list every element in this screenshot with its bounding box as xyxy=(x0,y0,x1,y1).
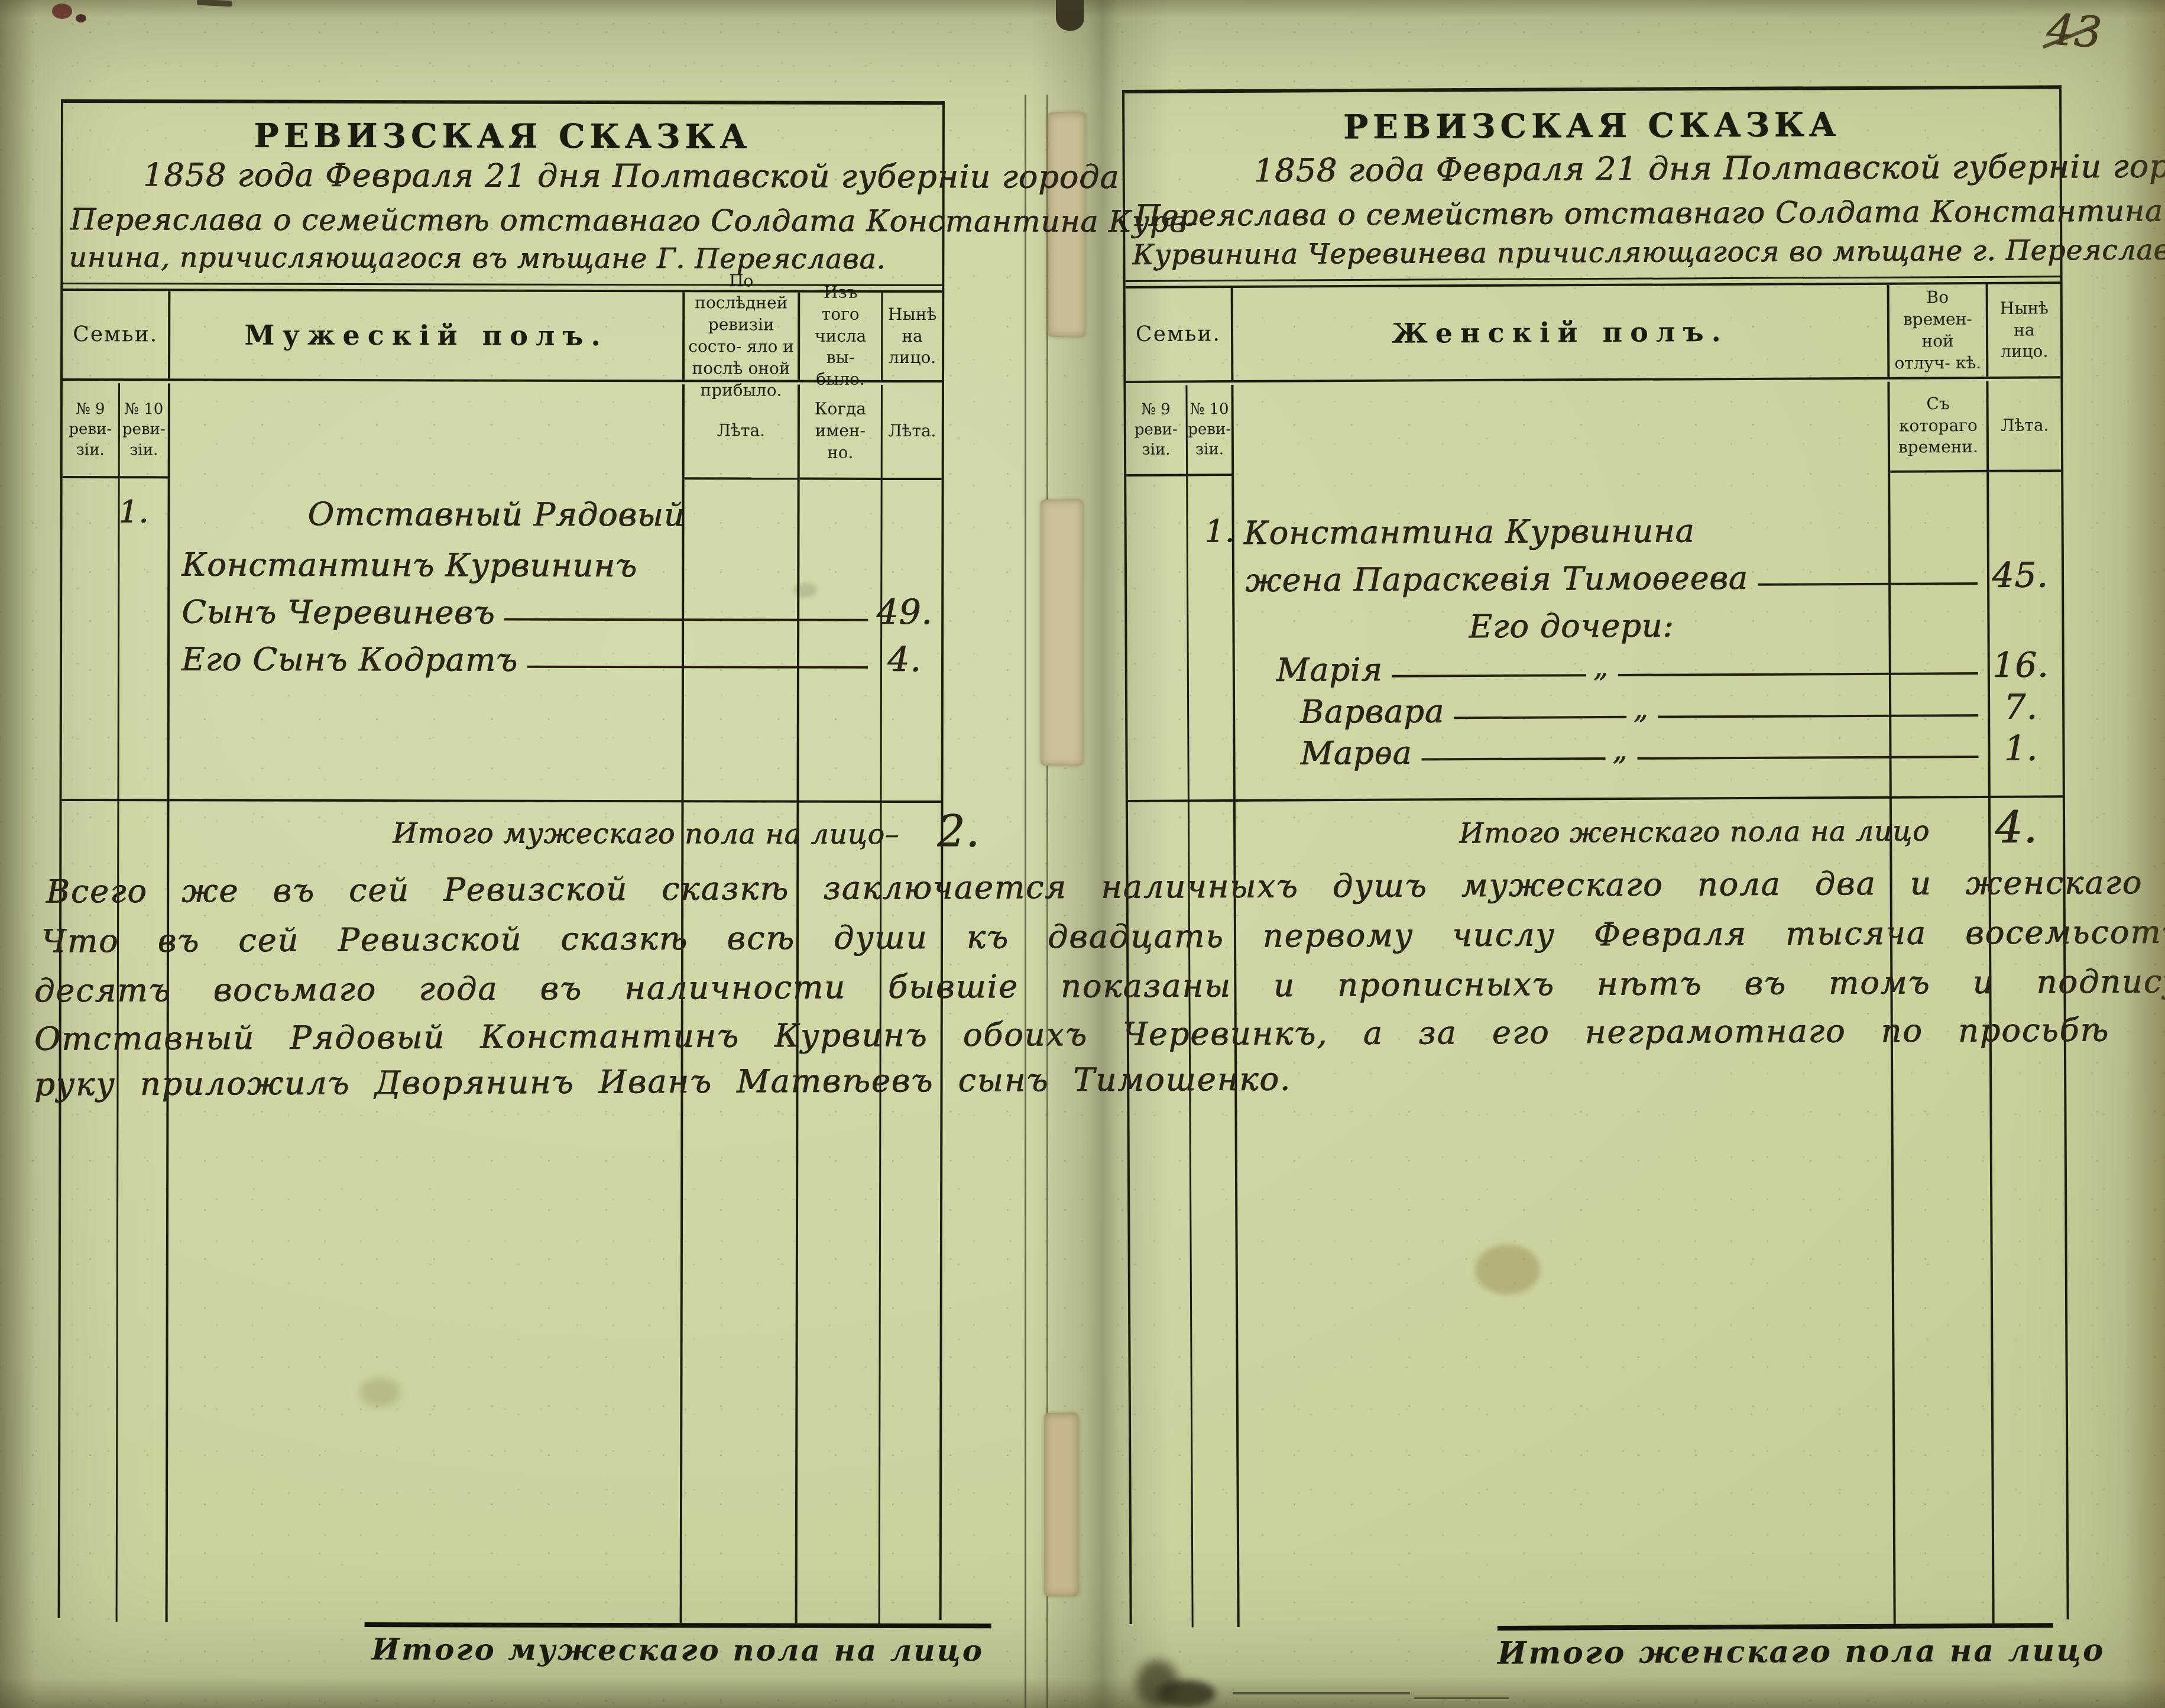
col-since-when-header: Съ котораго времени. xyxy=(1889,381,1989,473)
col-family-header: Семьи. xyxy=(63,291,170,378)
ruled-line xyxy=(1392,674,1586,678)
ruled-line xyxy=(1422,757,1606,761)
record-row: Марѳа „ 1. xyxy=(1241,717,2056,772)
ruled-line xyxy=(1758,582,1978,586)
col-years-header: Лѣта. xyxy=(1988,381,2061,472)
scan-edge xyxy=(0,0,2165,18)
col-revision10-header: № 10 реви- зіи. xyxy=(120,383,170,478)
ruled-line xyxy=(1704,537,1978,539)
record-row: 1. Константина Курвинина xyxy=(1240,497,2055,552)
col-male-sex-header: Мужескій полъ. xyxy=(170,291,685,380)
female-total-line: Итого женскаго пола на лицо4. xyxy=(1459,799,2038,853)
age-value: 45. xyxy=(1985,555,2056,595)
record-row: Сынъ Черевиневъ 49. xyxy=(174,579,934,632)
record-text: Отставный Рядовый xyxy=(307,495,685,533)
left-printed-footer: Итого мужескаго пола на лицо xyxy=(364,1622,991,1668)
col-years-2-header: Лѣта. xyxy=(883,385,942,480)
col-revision9-header: № 9 реви- зіи. xyxy=(63,383,120,478)
col-female-sex-header: Женскій полъ. xyxy=(1233,285,1890,380)
left-page-table: РЕВИЗСКАЯ СКАЗКА 1858 года Февраля 21 дн… xyxy=(58,99,945,1620)
age-value: 4. xyxy=(875,639,934,679)
right-header-line-3: Курвинина Черевинева причисляющагося во … xyxy=(1132,234,2165,271)
scan-edge xyxy=(0,0,35,1708)
right-printed-footer: Итого женскаго пола на лицо xyxy=(1498,1623,2053,1671)
col-temporary-absence-header: Во времен- ной отлуч- кѣ. xyxy=(1889,284,1989,377)
record-text: Константинъ Курвининъ xyxy=(182,546,637,584)
total-value: 4. xyxy=(1995,802,2038,853)
age-value: 49. xyxy=(875,592,934,632)
right-column-headers: Семьи. Женскій полъ. Во времен- ной отлу… xyxy=(1126,284,2061,383)
left-column-subheaders: № 9 реви- зіи. № 10 реви- зіи. Лѣта. Ког… xyxy=(63,383,942,480)
left-header-box: РЕВИЗСКАЯ СКАЗКА 1858 года Февраля 21 дн… xyxy=(63,103,942,293)
col-family-header: Семьи. xyxy=(1126,288,1234,381)
right-header-box: РЕВИЗСКАЯ СКАЗКА 1858 года Февраля 21 дн… xyxy=(1124,89,2060,289)
col-when-exactly-header: Когда имен- но. xyxy=(800,385,883,480)
left-header-line-2: Переяслава о семействѣ отставнаго Солдат… xyxy=(70,202,1198,239)
tape-remnant xyxy=(1044,1413,1078,1596)
family-number: 1. xyxy=(118,494,149,530)
summary-line: руку приложилъ Дворянинъ Иванъ Матвѣевъ … xyxy=(34,1060,1291,1103)
ruled-line xyxy=(1454,716,1626,719)
col-present-header: Нынѣ на лицо. xyxy=(883,293,942,380)
record-text: Марѳа xyxy=(1300,734,1412,772)
col-years-1-header: Лѣта. xyxy=(685,384,800,479)
record-row: жена Параскевія Тимоѳеева 45. xyxy=(1240,544,2056,599)
total-value: 2. xyxy=(937,806,980,857)
col-last-revision-header: По послѣдней ревизіи состо- яло и послѣ … xyxy=(685,292,800,380)
col-revision10-header: № 10 реви- зіи. xyxy=(1187,385,1234,476)
ditto-mark: „ xyxy=(1612,734,1628,767)
scan-edge xyxy=(2124,0,2165,1708)
ruled-line xyxy=(695,523,868,523)
right-header-line-1: 1858 года Февраля 21 дня Полтавской губе… xyxy=(1254,147,2165,189)
right-header-line-2: Переяслава о семействѣ отставнаго Солдат… xyxy=(1135,193,2163,233)
ruled-line xyxy=(1637,756,1978,760)
total-label: Итого мужескаго пола на лицо– xyxy=(393,817,899,851)
left-column-headers: Семьи. Мужескій полъ. По послѣдней ревиз… xyxy=(63,291,942,383)
left-header-line-1: 1858 года Февраля 21 дня Полтавской губе… xyxy=(143,156,1120,195)
tape-remnant xyxy=(1041,500,1083,766)
ruled-line xyxy=(527,666,868,669)
right-page-table: РЕВИЗСКАЯ СКАЗКА 1858 года Февраля 21 дн… xyxy=(1122,85,2069,1624)
names-column-spacer xyxy=(1233,382,1890,476)
ruled-line xyxy=(505,618,868,621)
record-row: 1. Отставный Рядовый xyxy=(174,481,934,534)
right-page-title: РЕВИЗСКАЯ СКАЗКА xyxy=(1124,104,2059,148)
record-text: Сынъ Черевиневъ xyxy=(182,593,495,631)
record-row: Его Сынъ Кодратъ 4. xyxy=(174,627,934,679)
right-column-subheaders: № 9 реви- зіи. № 10 реви- зіи. Съ котора… xyxy=(1126,381,2061,477)
record-row: Константинъ Курвининъ xyxy=(174,532,934,585)
names-column-spacer xyxy=(170,383,685,479)
col-present-header: Нынѣ на лицо. xyxy=(1988,284,2061,377)
male-total-line: Итого мужескаго пола на лицо–2. xyxy=(393,802,980,854)
age-value: 1. xyxy=(1985,728,2056,769)
revision-list-scan: 43 РЕВИЗСКАЯ СКАЗКА 1858 года Февраля 21… xyxy=(0,0,2165,1708)
scan-edge xyxy=(0,1677,2165,1708)
col-departed-header: Изъ того числа вы- было. xyxy=(800,293,883,380)
record-text: Его Сынъ Кодратъ xyxy=(182,640,518,678)
total-label: Итого женскаго пола на лицо xyxy=(1459,815,1930,850)
left-page-title: РЕВИЗСКАЯ СКАЗКА xyxy=(63,116,942,157)
ruled-line xyxy=(1618,672,1978,676)
ruled-line xyxy=(647,573,868,574)
col-revision9-header: № 9 реви- зіи. xyxy=(1126,385,1188,477)
family-number: 1. xyxy=(1205,514,1236,549)
